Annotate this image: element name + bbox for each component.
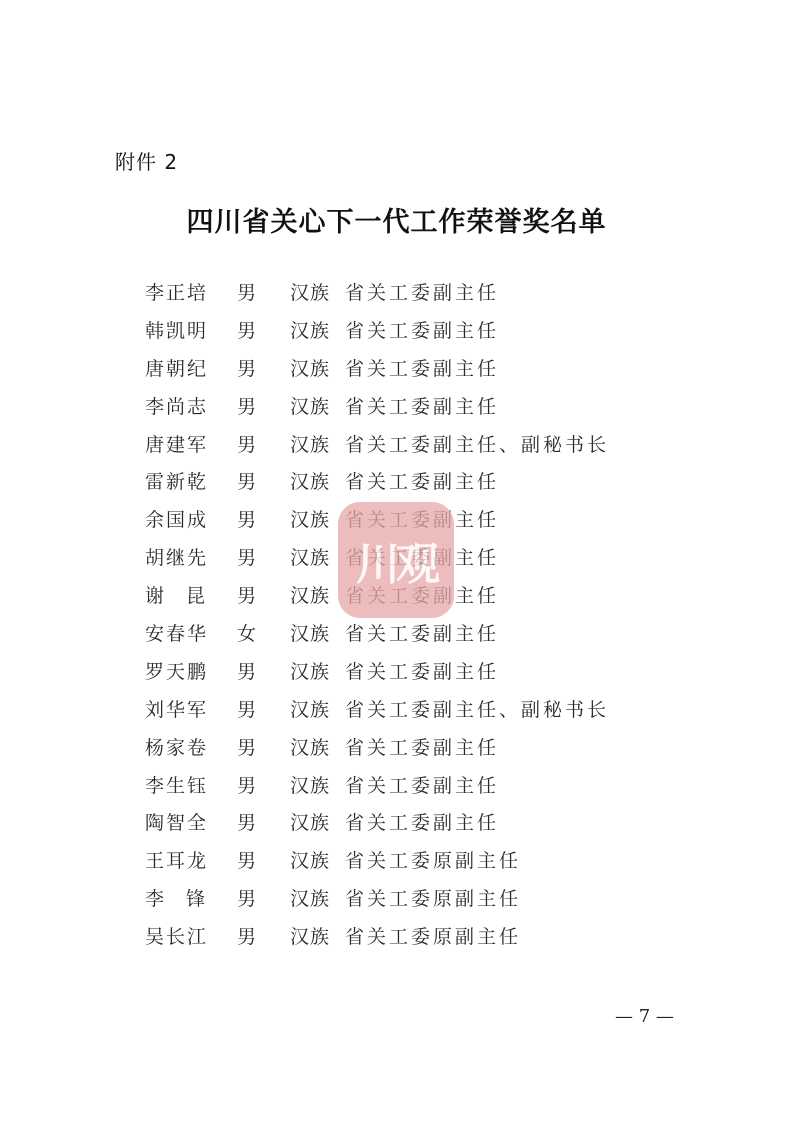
name-char: 胡 <box>145 544 166 572</box>
name-char: 李 <box>145 772 166 800</box>
honoree-gender: 男 <box>237 431 256 459</box>
name-char: 雷 <box>145 468 166 496</box>
honoree-gender: 男 <box>237 317 256 345</box>
honoree-gender: 男 <box>237 279 256 307</box>
honoree-position: 省关工委副主任、副秘书长 <box>345 696 609 724</box>
honoree-position: 省关工委副主任、副秘书长 <box>345 431 609 459</box>
name-char: 智 <box>166 809 187 837</box>
honoree-position: 省关工委副主任 <box>345 734 499 762</box>
name-char: 卷 <box>187 734 208 762</box>
honoree-ethnicity: 汉族 <box>290 696 330 724</box>
honoree-name: 王耳龙 <box>145 847 207 875</box>
honoree-name: 陶智全 <box>145 809 207 837</box>
name-char: 尚 <box>166 393 187 421</box>
name-char: 杨 <box>145 734 166 762</box>
name-char: 军 <box>187 431 208 459</box>
honoree-ethnicity: 汉族 <box>290 393 330 421</box>
honoree-name: 李尚志 <box>145 393 207 421</box>
name-char: 韩 <box>145 317 166 345</box>
honoree-gender: 男 <box>237 696 256 724</box>
honoree-ethnicity: 汉族 <box>290 847 330 875</box>
name-char: 纪 <box>187 355 208 383</box>
name-char: 耳 <box>166 847 187 875</box>
honoree-ethnicity: 汉族 <box>290 809 330 837</box>
honoree-gender: 男 <box>237 734 256 762</box>
name-char: 刘 <box>145 696 166 724</box>
honoree-gender: 女 <box>237 620 256 648</box>
name-char: 全 <box>187 809 208 837</box>
honoree-ethnicity: 汉族 <box>290 468 330 496</box>
honoree-gender: 男 <box>237 772 256 800</box>
honoree-position: 省关工委副主任 <box>345 658 499 686</box>
honoree-position: 省关工委副主任 <box>345 317 499 345</box>
honoree-name: 李生钰 <box>145 772 207 800</box>
honoree-ethnicity: 汉族 <box>290 734 330 762</box>
name-char: 生 <box>166 772 187 800</box>
honoree-gender: 男 <box>237 923 256 951</box>
honoree-ethnicity: 汉族 <box>290 431 330 459</box>
honoree-position: 省关工委副主任 <box>345 809 499 837</box>
honoree-name: 韩凯明 <box>145 317 207 345</box>
name-char: 明 <box>187 317 208 345</box>
honoree-ethnicity: 汉族 <box>290 355 330 383</box>
name-char: 余 <box>145 506 166 534</box>
honoree-gender: 男 <box>237 809 256 837</box>
name-char: 李 <box>145 885 166 913</box>
honoree-name: 杨家卷 <box>145 734 207 762</box>
honoree-ethnicity: 汉族 <box>290 544 330 572</box>
honoree-ethnicity: 汉族 <box>290 658 330 686</box>
name-char: 陶 <box>145 809 166 837</box>
honoree-name: 余国成 <box>145 506 207 534</box>
name-char: 唐 <box>145 431 166 459</box>
watermark-text: 川观 <box>356 528 436 592</box>
honoree-ethnicity: 汉族 <box>290 506 330 534</box>
honoree-gender: 男 <box>237 355 256 383</box>
name-char: 王 <box>145 847 166 875</box>
honoree-gender: 男 <box>237 544 256 572</box>
name-char: 安 <box>145 620 166 648</box>
name-char: 昆 <box>186 582 207 610</box>
name-char: 长 <box>166 923 187 951</box>
name-char: 乾 <box>187 468 208 496</box>
name-char: 培 <box>187 279 208 307</box>
honoree-gender: 男 <box>237 393 256 421</box>
name-char: 国 <box>166 506 187 534</box>
name-char: 春 <box>166 620 187 648</box>
watermark-logo: 川观 <box>338 502 454 618</box>
name-char: 江 <box>187 923 208 951</box>
honoree-position: 省关工委副主任 <box>345 279 499 307</box>
name-char: 钰 <box>187 772 208 800</box>
honoree-gender: 男 <box>237 885 256 913</box>
honoree-gender: 男 <box>237 847 256 875</box>
honoree-position: 省关工委原副主任 <box>345 847 521 875</box>
honoree-position: 省关工委副主任 <box>345 355 499 383</box>
honoree-position: 省关工委副主任 <box>345 620 499 648</box>
attachment-label: 附件 2 <box>115 146 178 175</box>
name-char: 李 <box>145 393 166 421</box>
honoree-name: 唐建军 <box>145 431 207 459</box>
honoree-position: 省关工委副主任 <box>345 772 499 800</box>
name-char: 李 <box>145 279 166 307</box>
honoree-ethnicity: 汉族 <box>290 772 330 800</box>
honoree-ethnicity: 汉族 <box>290 923 330 951</box>
page-title: 四川省关心下一代工作荣誉奖名单 <box>0 200 793 239</box>
name-char: 华 <box>166 696 187 724</box>
honoree-ethnicity: 汉族 <box>290 582 330 610</box>
honoree-name: 吴长江 <box>145 923 207 951</box>
name-char: 凯 <box>166 317 187 345</box>
honoree-name: 李正培 <box>145 279 207 307</box>
honoree-position: 省关工委副主任 <box>345 468 499 496</box>
name-char: 继 <box>166 544 187 572</box>
name-char: 谢 <box>145 582 166 610</box>
name-char: 正 <box>166 279 187 307</box>
honoree-ethnicity: 汉族 <box>290 279 330 307</box>
name-char: 朝 <box>166 355 187 383</box>
honoree-gender: 男 <box>237 658 256 686</box>
honoree-ethnicity: 汉族 <box>290 317 330 345</box>
honoree-ethnicity: 汉族 <box>290 885 330 913</box>
honoree-name: 安春华 <box>145 620 207 648</box>
name-char: 唐 <box>145 355 166 383</box>
name-char: 锋 <box>186 885 207 913</box>
honoree-gender: 男 <box>237 506 256 534</box>
honoree-position: 省关工委副主任 <box>345 393 499 421</box>
honoree-name: 罗天鹏 <box>145 658 207 686</box>
name-char: 志 <box>187 393 208 421</box>
honoree-position: 省关工委原副主任 <box>345 923 521 951</box>
honoree-gender: 男 <box>237 468 256 496</box>
honoree-ethnicity: 汉族 <box>290 620 330 648</box>
honoree-name: 谢昆 <box>145 582 207 610</box>
honoree-name: 刘华军 <box>145 696 207 724</box>
name-char: 建 <box>166 431 187 459</box>
name-char: 家 <box>166 734 187 762</box>
name-char: 新 <box>166 468 187 496</box>
honoree-position: 省关工委原副主任 <box>345 885 521 913</box>
name-char: 龙 <box>187 847 208 875</box>
name-char: 鹏 <box>187 658 208 686</box>
honoree-name: 雷新乾 <box>145 468 207 496</box>
honoree-name: 唐朝纪 <box>145 355 207 383</box>
honoree-name: 胡继先 <box>145 544 207 572</box>
name-char: 华 <box>187 620 208 648</box>
name-char: 罗 <box>145 658 166 686</box>
name-char: 吴 <box>145 923 166 951</box>
name-char: 成 <box>187 506 208 534</box>
name-char: 天 <box>166 658 187 686</box>
name-char: 先 <box>187 544 208 572</box>
honoree-name: 李锋 <box>145 885 207 913</box>
name-char: 军 <box>187 696 208 724</box>
page-number: — 7 — <box>615 1006 674 1027</box>
honoree-gender: 男 <box>237 582 256 610</box>
